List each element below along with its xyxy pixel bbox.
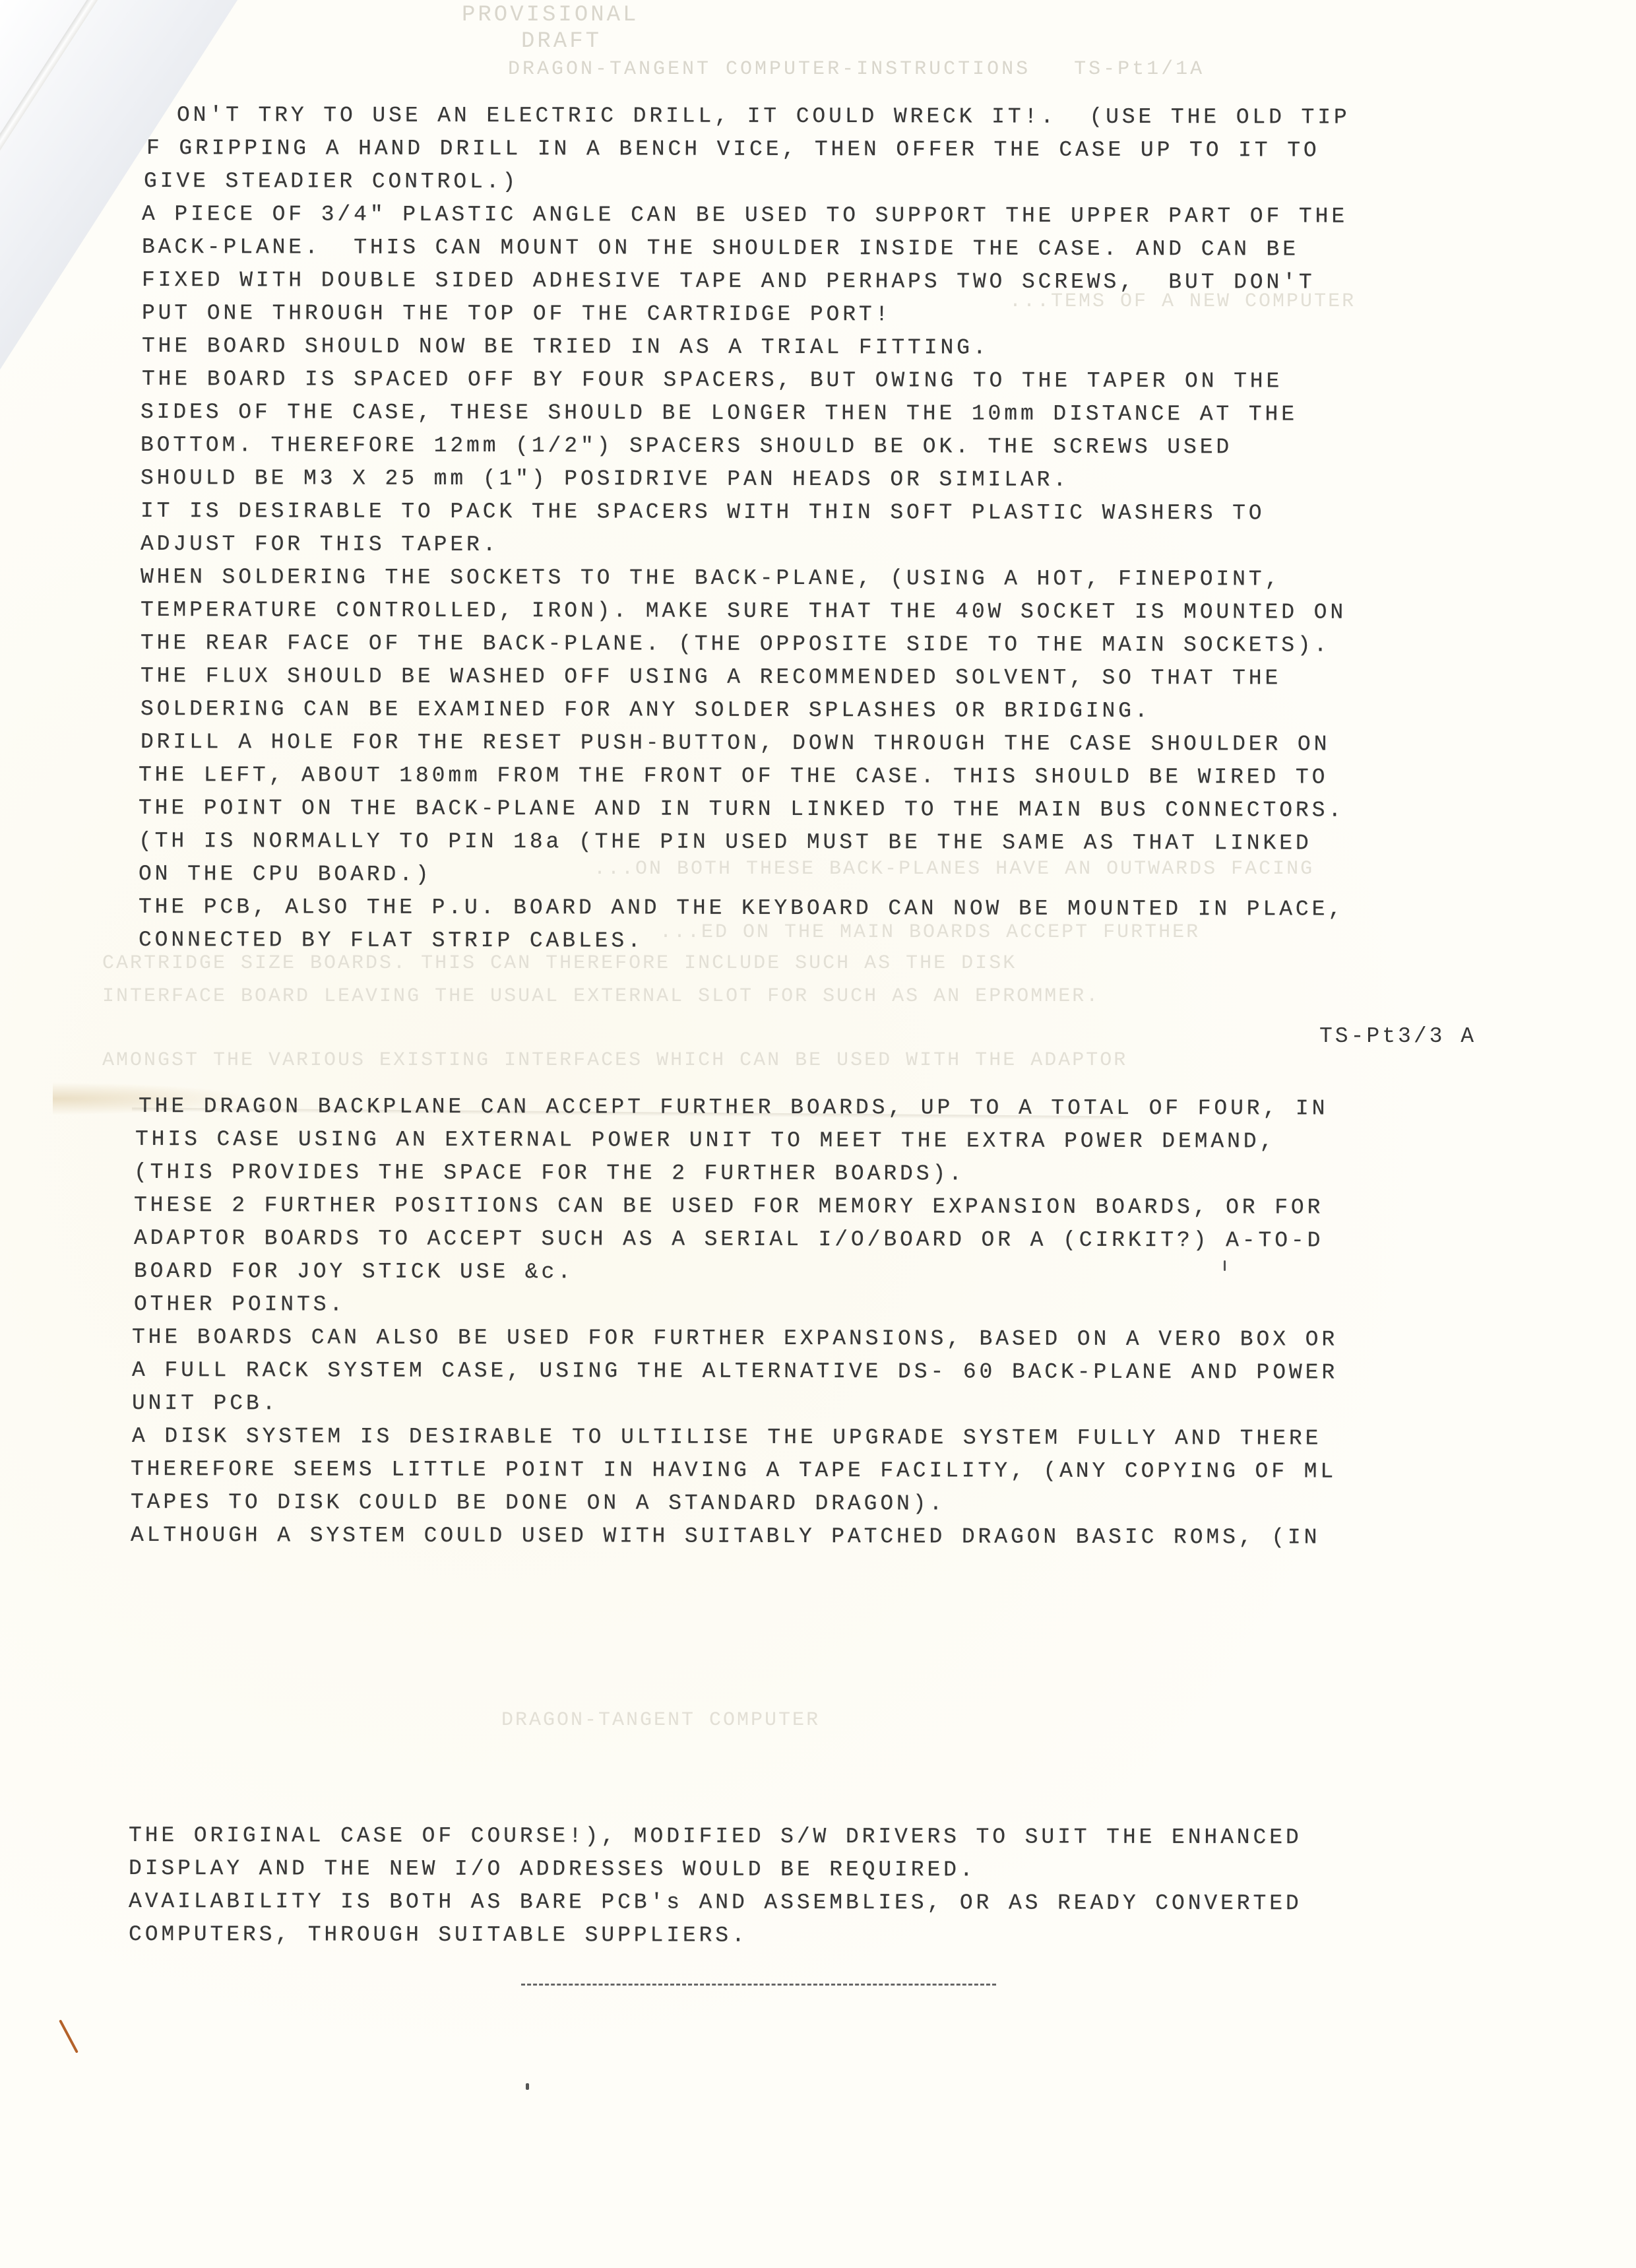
- text-line: F GRIPPING A HAND DRILL IN A BENCH VICE,…: [146, 137, 1320, 162]
- text-line: (TH IS NORMALLY TO PIN 18a (THE PIN USED…: [139, 830, 1312, 855]
- text-line: ADJUST FOR THIS TAPER.: [141, 533, 499, 556]
- text-line: THE DRAGON BACKPLANE CAN ACCEPT FURTHER …: [139, 1095, 1328, 1120]
- text-line: COMPUTERS, THROUGH SUITABLE SUPPLIERS.: [129, 1924, 748, 1947]
- text-line: ALTHOUGH A SYSTEM COULD USED WITH SUITAB…: [131, 1524, 1320, 1549]
- text-line: ON THE CPU BOARD.): [139, 863, 432, 886]
- text-line: THIS CASE USING AN EXTERNAL POWER UNIT T…: [135, 1128, 1276, 1152]
- text-line: (THIS PROVIDES THE SPACE FOR THE 2 FURTH…: [134, 1161, 965, 1185]
- ghost-text: CARTRIDGE SIZE BOARDS. THIS CAN THEREFOR…: [102, 952, 1017, 975]
- text-line: THE ORIGINAL CASE OF COURSE!), MODIFIED …: [129, 1825, 1302, 1848]
- text-line: WHEN SOLDERING THE SOCKETS TO THE BACK-P…: [141, 566, 1281, 590]
- text-line: ADAPTOR BOARDS TO ACCEPT SUCH AS A SERIA…: [134, 1227, 1323, 1252]
- text-line: A DISK SYSTEM IS DESIRABLE TO ULTILISE T…: [132, 1425, 1321, 1450]
- ghost-text: INTERFACE BOARD LEAVING THE USUAL EXTERN…: [102, 985, 1100, 1008]
- text-line: TEMPERATURE CONTROLLED, IRON). MAKE SURE…: [141, 599, 1346, 624]
- text-line: THE POINT ON THE BACK-PLANE AND IN TURN …: [139, 797, 1344, 822]
- text-line: CONNECTED BY FLAT STRIP CABLES.: [139, 929, 644, 952]
- ghost-text: ...ON BOTH THESE BACK-PLANES HAVE AN OUT…: [594, 858, 1314, 880]
- text-line: BOTTOM. THEREFORE 12mm (1/2") SPACERS SH…: [141, 434, 1232, 458]
- text-line: TAPES TO DISK COULD BE DONE ON A STANDAR…: [131, 1491, 945, 1514]
- red-pen-mark: [59, 2019, 79, 2053]
- text-line: THEREFORE SEEMS LITTLE POINT IN HAVING A…: [131, 1458, 1337, 1483]
- text-line: A FULL RACK SYSTEM CASE, USING THE ALTER…: [132, 1359, 1338, 1384]
- text-line: THE PCB, ALSO THE P.U. BOARD AND THE KEY…: [139, 896, 1344, 921]
- text-line: SIDES OF THE CASE, THESE SHOULD BE LONGE…: [141, 401, 1298, 426]
- text-line: SHOULD BE M3 X 25 mm (1") POSIDRIVE PAN …: [141, 467, 1069, 491]
- text-line: THESE 2 FURTHER POSITIONS CAN BE USED FO…: [134, 1194, 1323, 1219]
- text-line: ON'T TRY TO USE AN ELECTRIC DRILL, IT CO…: [177, 104, 1350, 129]
- text-line: BOARD FOR JOY STICK USE &c.: [134, 1260, 574, 1283]
- ghost-text: DRAGON-TANGENT COMPUTER: [501, 1709, 820, 1732]
- ghost-header-draft: DRAFT: [521, 29, 602, 54]
- text-line: UNIT PCB.: [132, 1392, 278, 1414]
- text-line: IT IS DESIRABLE TO PACK THE SPACERS WITH…: [141, 500, 1265, 524]
- text-line: PUT ONE THROUGH THE TOP OF THE CARTRIDGE…: [142, 302, 891, 325]
- ghost-text: ...ED ON THE MAIN BOARDS ACCEPT FURTHER: [660, 921, 1200, 944]
- text-line: THE REAR FACE OF THE BACK-PLANE. (THE OP…: [141, 632, 1330, 657]
- text-line: AVAILABILITY IS BOTH AS BARE PCB's AND A…: [129, 1891, 1302, 1914]
- text-line: BACK-PLANE. THIS CAN MOUNT ON THE SHOULD…: [142, 236, 1299, 261]
- text-line: GIVE STEADIER CONTROL.): [144, 170, 519, 193]
- ghost-header-provisional: PROVISIONAL: [462, 3, 639, 28]
- ghost-header-title: DRAGON-TANGENT COMPUTER-INSTRUCTIONS TS-…: [508, 58, 1205, 81]
- text-line: DISPLAY AND THE NEW I/O ADDRESSES WOULD …: [129, 1858, 976, 1881]
- text-line: DRILL A HOLE FOR THE RESET PUSH-BUTTON, …: [141, 731, 1330, 756]
- pen-mark: [1224, 1260, 1226, 1271]
- text-line: THE BOARDS CAN ALSO BE USED FOR FURTHER …: [132, 1326, 1338, 1351]
- text-line: OTHER POINTS.: [134, 1293, 346, 1316]
- scanned-page: PROVISIONAL DRAFT DRAGON-TANGENT COMPUTE…: [0, 0, 1636, 2268]
- text-line: SOLDERING CAN BE EXAMINED FOR ANY SOLDER…: [141, 698, 1151, 722]
- text-line: A PIECE OF 3/4" PLASTIC ANGLE CAN BE USE…: [142, 203, 1348, 228]
- page-reference: TS-Pt3/3 A: [1319, 1024, 1476, 1049]
- text-line: THE LEFT, ABOUT 180mm FROM THE FRONT OF …: [139, 764, 1328, 789]
- text-line: THE BOARD SHOULD NOW BE TRIED IN AS A TR…: [142, 335, 990, 359]
- end-separator: [521, 1984, 996, 1986]
- text-line: THE BOARD IS SPACED OFF BY FOUR SPACERS,…: [142, 368, 1282, 392]
- text-line: FIXED WITH DOUBLE SIDED ADHESIVE TAPE AN…: [142, 269, 1315, 294]
- ghost-text: AMONGST THE VARIOUS EXISTING INTERFACES …: [102, 1049, 1127, 1072]
- ink-dot: [526, 2083, 529, 2090]
- text-line: THE FLUX SHOULD BE WASHED OFF USING A RE…: [141, 665, 1281, 689]
